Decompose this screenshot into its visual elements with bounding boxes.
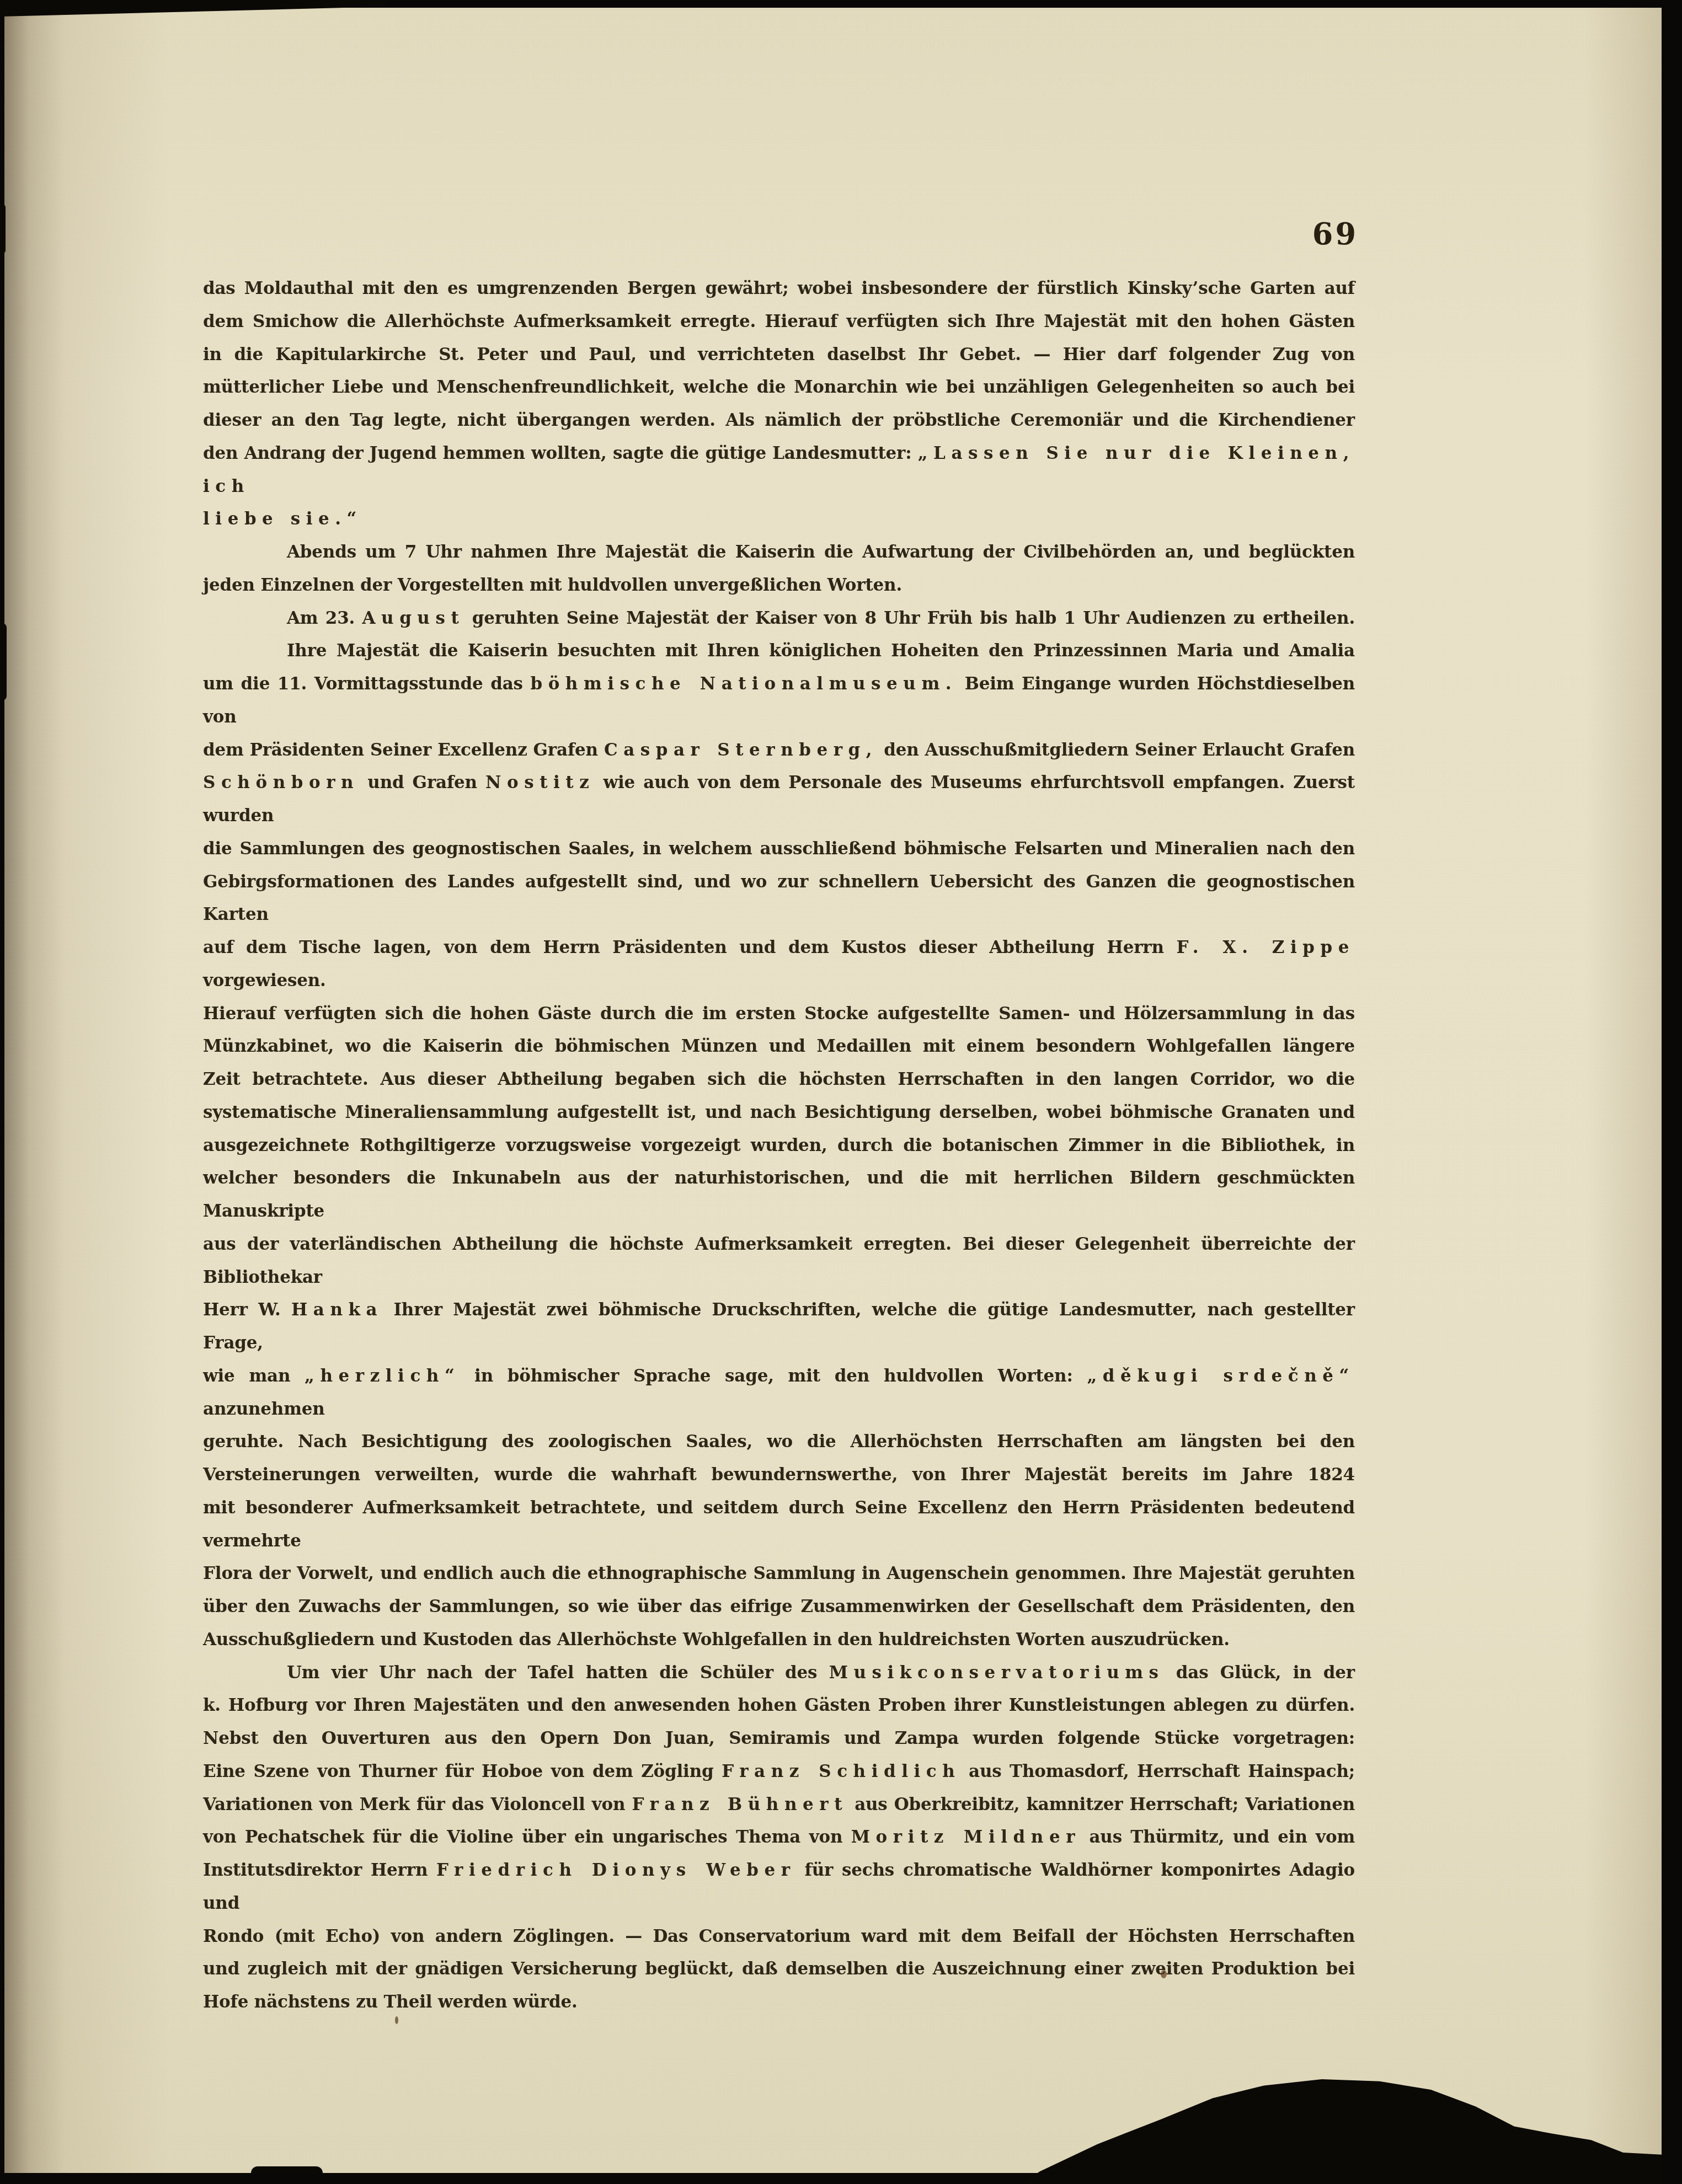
body-text: in die Kapitularkirche St. Peter und Pau… bbox=[203, 345, 1355, 365]
body-text: auf dem Tische lagen, von dem Herrn Präs… bbox=[203, 938, 1176, 957]
text-line: k. Hofburg vor Ihren Majestäten und den … bbox=[203, 1689, 1355, 1722]
letterspaced-text: liebe sie.“ bbox=[203, 509, 362, 529]
binding-shadow-left bbox=[0, 623, 7, 700]
text-line: Ausschußgliedern und Kustoden das Allerh… bbox=[203, 1624, 1355, 1657]
text-line: dem Präsidenten Seiner Excellenz Grafen … bbox=[203, 734, 1355, 767]
body-text: die Sammlungen des geognostischen Saales… bbox=[203, 839, 1355, 859]
letterspaced-text: Musikconservatoriums bbox=[829, 1663, 1165, 1683]
letterspaced-text: Franz Schidlich bbox=[722, 1762, 960, 1781]
text-line: aus der vaterländischen Abtheilung die h… bbox=[203, 1228, 1355, 1294]
text-line: systematische Mineraliensammlung aufgest… bbox=[203, 1096, 1355, 1130]
text-line: Gebirgsformationen des Landes aufgestell… bbox=[203, 866, 1355, 932]
text-line: den Andrang der Jugend hemmen wollten, s… bbox=[203, 437, 1355, 504]
body-text: aus Oberkreibitz, kamnitzer Herrschaft; … bbox=[848, 1795, 1355, 1814]
body-text: und Grafen bbox=[359, 773, 485, 793]
body-text: Abends um 7 Uhr nahmen Ihre Majestät die… bbox=[287, 542, 1355, 562]
body-text: Zeit betrachtete. Aus dieser Abtheilung … bbox=[203, 1069, 1355, 1089]
body-text: Ausschußgliedern und Kustoden das Allerh… bbox=[203, 1630, 1230, 1650]
body-text: Herr W. bbox=[203, 1300, 291, 1320]
body-text: in böhmischer Sprache sage, mit den huld… bbox=[460, 1366, 1087, 1386]
body-text: Eine Szene von Thurner für Hoboe von dem… bbox=[203, 1762, 722, 1781]
body-text: ausgezeichnete Rothgiltigerze vorzugswei… bbox=[203, 1136, 1355, 1155]
text-line: welcher besonders die Inkunabeln aus der… bbox=[203, 1162, 1355, 1228]
page-number: 69 bbox=[203, 216, 1358, 251]
body-text: Hofe nächstens zu Theil werden würde. bbox=[203, 1992, 578, 2012]
letterspaced-text: Franz Bühnert bbox=[632, 1795, 848, 1814]
letterspaced-text: Friedrich Dionys Weber bbox=[436, 1860, 796, 1880]
letterspaced-text: Nostitz bbox=[485, 773, 595, 793]
body-text: anzunehmen bbox=[203, 1399, 325, 1419]
text-line: geruhte. Nach Besichtigung des zoologisc… bbox=[203, 1426, 1355, 1459]
body-text: aus Thomasdorf, Herrschaft Hainspach; bbox=[960, 1762, 1355, 1781]
text-line: wie man „herzlich“ in böhmischer Sprache… bbox=[203, 1360, 1355, 1426]
body-text: das Glück, in der bbox=[1165, 1663, 1355, 1683]
body-text: dem Präsidenten Seiner Excellenz Grafen bbox=[203, 740, 604, 760]
text-line: über den Zuwachs der Sammlungen, so wie … bbox=[203, 1591, 1355, 1624]
text-line: Ihre Majestät die Kaiserin besuchten mit… bbox=[203, 635, 1355, 668]
letterspaced-text: F. X. Zippe bbox=[1176, 938, 1355, 957]
text-line: ausgezeichnete Rothgiltigerze vorzugswei… bbox=[203, 1130, 1355, 1163]
binding-shadow-left bbox=[0, 204, 6, 254]
body-text: dem Smichow die Allerhöchste Aufmerksamk… bbox=[203, 312, 1355, 331]
body-text: Um vier Uhr nach der Tafel hatten die Sc… bbox=[287, 1663, 829, 1683]
text-line: die Sammlungen des geognostischen Saales… bbox=[203, 833, 1355, 866]
body-text: Flora der Vorwelt, und endlich auch die … bbox=[203, 1564, 1355, 1583]
body-text: und zugleich mit der gnädigen Versicheru… bbox=[203, 1959, 1355, 1979]
body-text: systematische Mineraliensammlung aufgest… bbox=[203, 1102, 1355, 1122]
text-line: Münzkabinet, wo die Kaiserin die böhmisc… bbox=[203, 1030, 1355, 1063]
letterspaced-text: Caspar Sternberg, bbox=[604, 740, 878, 760]
body-text: Nebst den Ouverturen aus den Opern Don J… bbox=[203, 1728, 1355, 1748]
text-line: Herr W. Hanka Ihrer Majestät zwei böhmis… bbox=[203, 1294, 1355, 1360]
scanned-book-photo: { "page": { "number": "69", "paper_color… bbox=[0, 0, 1682, 2184]
text-line: Schönborn und Grafen Nostitz wie auch vo… bbox=[203, 767, 1355, 833]
body-text: geruhte. Nach Besichtigung des zoologisc… bbox=[203, 1432, 1355, 1452]
text-line: Flora der Vorwelt, und endlich auch die … bbox=[203, 1557, 1355, 1591]
text-line: jeden Einzelnen der Vorgestellten mit hu… bbox=[203, 569, 1355, 602]
body-text: aus der vaterländischen Abtheilung die h… bbox=[203, 1234, 1355, 1287]
text-line: Um vier Uhr nach der Tafel hatten die Sc… bbox=[203, 1657, 1355, 1690]
body-text: dieser an den Tag legte, nicht übergange… bbox=[203, 410, 1355, 430]
body-text: Ihre Majestät die Kaiserin besuchten mit… bbox=[287, 641, 1355, 661]
letterspaced-text: böhmische Nationalmuseum. bbox=[530, 674, 957, 694]
text-line: Hofe nächstens zu Theil werden würde. bbox=[203, 1986, 1355, 2019]
text-line: Variationen von Merk für das Violoncell … bbox=[203, 1789, 1355, 1822]
text-line: Hierauf verfügten sich die hohen Gäste d… bbox=[203, 998, 1355, 1031]
text-line: und zugleich mit der gnädigen Versicheru… bbox=[203, 1953, 1355, 1986]
text-line: Versteinerungen verweilten, wurde die wa… bbox=[203, 1459, 1355, 1492]
text-line: in die Kapitularkirche St. Peter und Pau… bbox=[203, 339, 1355, 372]
body-text: Institutsdirektor Herrn bbox=[203, 1860, 436, 1880]
text-line: um die 11. Vormittagsstunde das böhmisch… bbox=[203, 668, 1355, 734]
text-line: Institutsdirektor Herrn Friedrich Dionys… bbox=[203, 1854, 1355, 1920]
body-text: Hierauf verfügten sich die hohen Gäste d… bbox=[203, 1004, 1355, 1024]
body-text: aus Thürmitz, und ein vom bbox=[1081, 1827, 1355, 1847]
text-line: mütterlicher Liebe und Menschenfreundlic… bbox=[203, 371, 1355, 404]
body-text: Gebirgsformationen des Landes aufgestell… bbox=[203, 872, 1355, 925]
body-text: k. Hofburg vor Ihren Majestäten und den … bbox=[203, 1695, 1355, 1715]
text-block: das Moldauthal mit den es umgrenzenden B… bbox=[203, 272, 1355, 2019]
text-line: liebe sie.“ bbox=[203, 503, 1355, 536]
letterspaced-text: Hanka bbox=[291, 1300, 383, 1320]
text-line: auf dem Tische lagen, von dem Herrn Präs… bbox=[203, 932, 1355, 998]
body-text: das Moldauthal mit den es umgrenzenden B… bbox=[203, 279, 1355, 298]
letterspaced-text: Moritz Mildner bbox=[851, 1827, 1081, 1847]
body-text: mit besonderer Aufmerksamkeit betrachtet… bbox=[203, 1498, 1355, 1551]
body-text: Münzkabinet, wo die Kaiserin die böhmisc… bbox=[203, 1036, 1355, 1056]
body-text: geruhten Seine Majestät der Kaiser von 8… bbox=[464, 608, 1355, 628]
text-line: Zeit betrachtete. Aus dieser Abtheilung … bbox=[203, 1063, 1355, 1096]
body-text: vorgewiesen. bbox=[203, 971, 326, 991]
body-text: jeden Einzelnen der Vorgestellten mit hu… bbox=[203, 575, 902, 595]
text-line: Rondo (mit Echo) von andern Zöglingen. —… bbox=[203, 1920, 1355, 1953]
body-text: um die 11. Vormittagsstunde das bbox=[203, 674, 530, 694]
body-text: welcher besonders die Inkunabeln aus der… bbox=[203, 1168, 1355, 1221]
text-line: Am 23. August geruhten Seine Majestät de… bbox=[203, 602, 1355, 635]
body-text: über den Zuwachs der Sammlungen, so wie … bbox=[203, 1597, 1355, 1616]
text-line: dem Smichow die Allerhöchste Aufmerksamk… bbox=[203, 306, 1355, 339]
body-text: den Andrang der Jugend hemmen wollten, s… bbox=[203, 443, 918, 463]
letterspaced-text: „děkugi srdečně“ bbox=[1087, 1366, 1355, 1386]
text-line: Eine Szene von Thurner für Hoboe von dem… bbox=[203, 1755, 1355, 1789]
body-text: von Pechatschek für die Violine über ein… bbox=[203, 1827, 851, 1847]
text-line: Abends um 7 Uhr nahmen Ihre Majestät die… bbox=[203, 536, 1355, 569]
text-line: von Pechatschek für die Violine über ein… bbox=[203, 1821, 1355, 1854]
body-text: Variationen von Merk für das Violoncell … bbox=[203, 1795, 632, 1814]
body-text: den Ausschußmitgliedern Seiner Erlaucht … bbox=[878, 740, 1355, 760]
body-text: wie man bbox=[203, 1366, 305, 1386]
letterspaced-text: Schönborn bbox=[203, 773, 359, 793]
body-text: mütterlicher Liebe und Menschenfreundlic… bbox=[203, 377, 1355, 397]
text-line: dieser an den Tag legte, nicht übergange… bbox=[203, 404, 1355, 437]
text-line: das Moldauthal mit den es umgrenzenden B… bbox=[203, 272, 1355, 306]
body-text: Versteinerungen verweilten, wurde die wa… bbox=[203, 1465, 1355, 1485]
text-line: mit besonderer Aufmerksamkeit betrachtet… bbox=[203, 1492, 1355, 1558]
body-text: Rondo (mit Echo) von andern Zöglingen. —… bbox=[203, 1926, 1355, 1946]
letterspaced-text: August bbox=[362, 608, 464, 628]
text-line: Nebst den Ouverturen aus den Opern Don J… bbox=[203, 1722, 1355, 1755]
body-text: Am 23. bbox=[287, 608, 362, 628]
page-edge-shadow bbox=[251, 2166, 323, 2174]
letterspaced-text: „herzlich“ bbox=[305, 1366, 460, 1386]
